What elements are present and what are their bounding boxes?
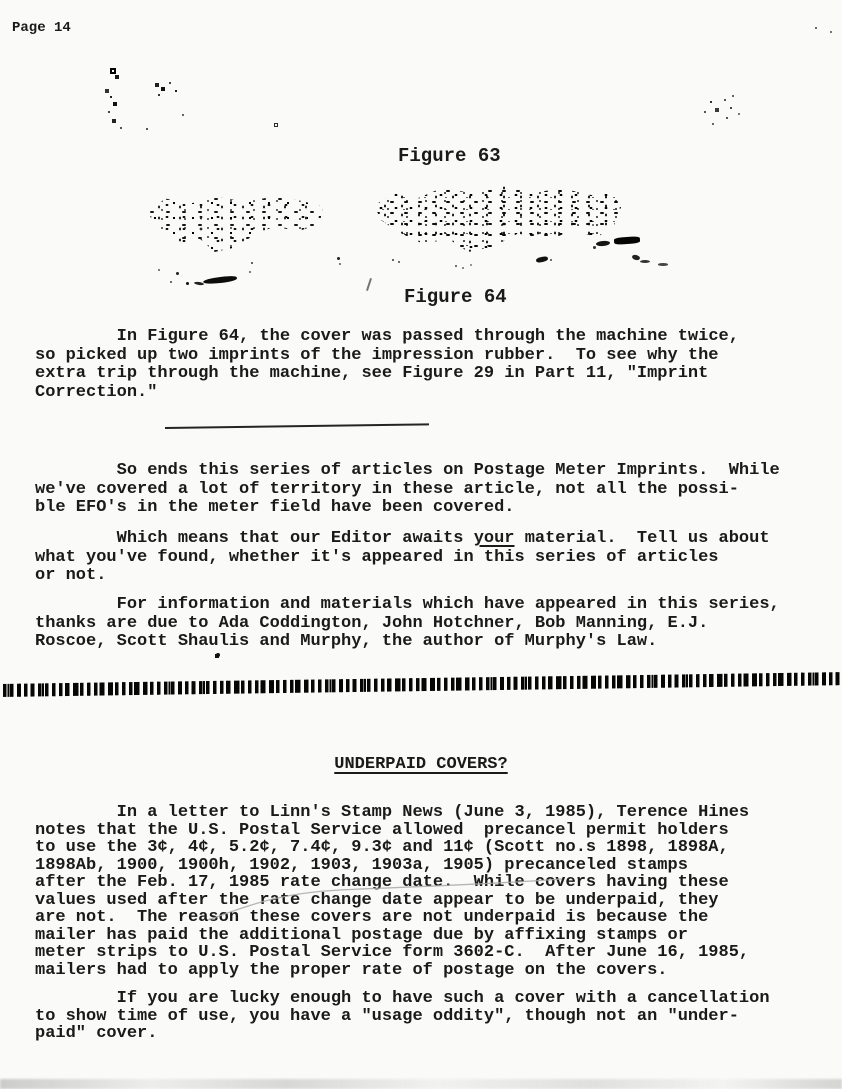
underlined-word-your: your bbox=[474, 529, 515, 548]
page-number: Page 14 bbox=[12, 20, 71, 36]
ink-smudge-mark bbox=[176, 272, 179, 275]
ink-smudge-mark bbox=[392, 259, 394, 261]
ink-smudge-mark bbox=[614, 236, 640, 245]
section-heading-underpaid-covers: UNDERPAID COVERS? bbox=[0, 755, 842, 774]
scanned-document-page: Page 14 Figure 63 Figure 64 In Fi bbox=[0, 0, 842, 1089]
figure64-caption: Figure 64 bbox=[404, 287, 507, 308]
figure63-caption: Figure 63 bbox=[398, 146, 501, 167]
stray-slash-mark bbox=[366, 278, 372, 291]
ink-smudge-mark bbox=[194, 281, 204, 285]
section-heading-text: UNDERPAID COVERS? bbox=[334, 755, 507, 774]
ink-smudge-mark bbox=[203, 275, 237, 285]
paragraph-editor-request: Which means that our Editor awaits your … bbox=[35, 530, 825, 586]
paragraph-series-conclusion: So ends this series of articles on Posta… bbox=[35, 462, 825, 518]
ink-smudge-mark bbox=[550, 259, 552, 261]
ink-smudge-mark bbox=[398, 261, 400, 263]
paragraph-usage-oddity: If you are lucky enough to have such a c… bbox=[35, 990, 825, 1043]
ink-smudge-mark bbox=[337, 257, 340, 260]
ink-speckle-cluster-top-left bbox=[112, 70, 114, 72]
ink-smudge-mark bbox=[592, 224, 594, 226]
ink-smudge-mark bbox=[186, 282, 189, 285]
meter-imprint-smudge-left bbox=[148, 194, 323, 252]
ink-smudge-mark bbox=[462, 267, 464, 269]
ink-smudge-mark bbox=[249, 271, 251, 273]
ink-smudge-mark bbox=[658, 263, 668, 266]
paragraph-figure64-explanation: In Figure 64, the cover was passed throu… bbox=[35, 328, 825, 402]
ink-smudge-mark bbox=[251, 262, 253, 264]
scan-edge-shadow bbox=[0, 1079, 842, 1089]
meter-imprint-smudge-right bbox=[374, 186, 622, 252]
section-divider-line bbox=[165, 423, 429, 429]
ink-smudge-mark bbox=[536, 256, 549, 263]
perforated-divider-band bbox=[0, 672, 842, 697]
stray-ink-dots bbox=[275, 124, 277, 126]
editor-request-text: Which means that our Editor awaits bbox=[35, 529, 474, 548]
ink-smudge-mark bbox=[631, 254, 640, 261]
ink-smudge-mark bbox=[339, 263, 341, 265]
ink-smudge-mark bbox=[470, 264, 472, 266]
ink-smudge-mark bbox=[158, 269, 160, 271]
ink-smudge-mark bbox=[455, 265, 457, 267]
paragraph-credits: For information and materials which have… bbox=[35, 596, 825, 652]
ink-smudge-mark bbox=[170, 281, 172, 283]
ink-speckle-cluster-top-right bbox=[702, 97, 704, 99]
ink-smudge-mark bbox=[640, 260, 650, 263]
ink-smudge-mark bbox=[593, 246, 596, 249]
ink-smudge-mark bbox=[596, 240, 610, 246]
faint-pencil-arc-mark bbox=[190, 865, 590, 935]
stray-ink-dot bbox=[216, 653, 220, 657]
